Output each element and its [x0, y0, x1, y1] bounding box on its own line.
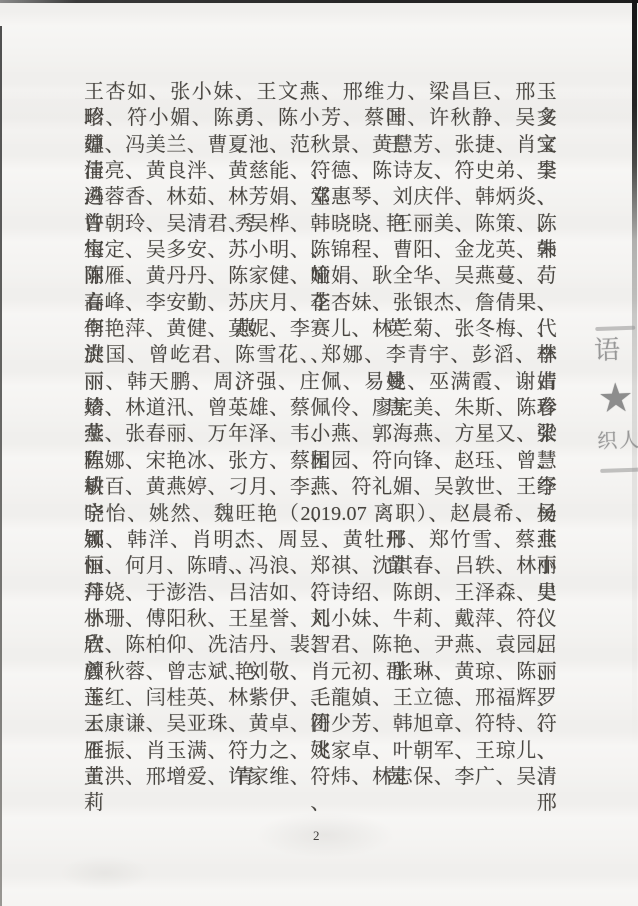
stamp-border-top: [595, 326, 635, 331]
name-list-line: 王杏如、张小妹、王文燕、邢维力、梁昌巨、邢玉昭、叶文: [84, 79, 557, 105]
name-list-line: 珍、林道汛、曾英雄、蔡佩伶、廖完美、朱斯、陈春燕、张: [84, 395, 557, 421]
stamp-fragment: 语 ★ 织人: [593, 325, 638, 487]
scanned-document-page: 王杏如、张小妹、王文燕、邢维力、梁昌巨、邢玉昭、叶文珍、符小媚、陈勇、陈小芳、蔡…: [0, 0, 638, 906]
name-list-line: 丹娆、于澎浩、吕洁如、符诗绍、陈朗、王泽森、吴小凡、: [84, 580, 557, 606]
name-list-line: 耕百、黄燕婷、刁月、李燕、符礼媚、吴敦世、王纾宁、吴: [84, 474, 557, 500]
stamp-border-bottom: [600, 468, 638, 473]
stamp-text-bottom: 织人: [597, 429, 638, 453]
name-list-line: 莹、张春丽、万年泽、韦小燕、郭海燕、方星又、梁程相、: [84, 421, 557, 447]
photocopy-smudge: [255, 812, 395, 858]
name-list-line: 李艳萍、黄健、莫妮、李赛儿、林兰菊、张冬梅、代旋、李: [84, 316, 557, 342]
name-list-line: 珍、符小媚、陈勇、陈小芳、蔡国、许秋静、吴多蕴、王文: [84, 105, 557, 131]
name-list-line: 娜、韩洋、肖明杰、周昱、黄牡丹、郑竹雪、蔡亚丽、黄小: [84, 527, 557, 553]
name-list-line: 陈雁、黄丹丹、陈家健、喻娟、耿全华、吴燕蔓、苟春花、: [84, 263, 557, 289]
name-list-line: 冯蓉香、林茹、林芳娟、邓惠琴、刘庆伴、韩炳炎、许秀艳、: [84, 184, 557, 210]
name-list-line: 王洪、邢增爱、许家维、符炜、林志保、李广、吴清莉、邢: [84, 764, 557, 790]
name-list-line: 丽、韩天鹏、周济强、庄佩、易曼、巫满霞、谢婧婧、唐珍: [84, 369, 557, 395]
name-list-line: 陈娜、宋艳冰、张方、蔡园园、符向锋、赵珏、曾慧敏、李: [84, 448, 557, 474]
name-list-line: 王康谦、吴亚珠、黄卓、符少芳、韩旭章、符特、符雁飞、: [84, 711, 557, 737]
name-list-line: 岩、陈柏仰、冼洁丹、裴智君、陈艳、尹燕、袁园、曾艳群、: [84, 632, 557, 658]
scan-edge-top: [0, 0, 638, 3]
name-list-line: 曾朝玲、吴清君、吴桦、韩晓晓、王丽美、陈策、陈梅、韩: [84, 211, 557, 237]
name-list-line: 婵、冯美兰、曹夏池、范秋景、黄慧芳、张捷、肖宝佳、吴: [84, 132, 557, 158]
scan-edge-left: [0, 26, 2, 906]
name-list-line: 林珊、傅阳秋、王星誉、刘小妹、牛莉、戴萍、符仪欣、屈: [84, 606, 557, 632]
name-list-line: 王振、肖玉满、符力之、姚家卓、叶朝军、王琼儿、黄青茜、: [84, 738, 557, 764]
name-list-line: 清亮、黄良泮、黄慈能、符德、陈诗友、符史弟、李遴堂、: [84, 158, 557, 184]
photocopy-smudge: [60, 855, 150, 891]
name-list-line: 晓怡、姚然、魏旺艳（2019.07 离职）、赵晨希、杨颖、邢燕: [84, 501, 557, 527]
name-list-line: 玉红、闫桂英、林紫伊、毛龍媜、王立德、邢福辉、云团、: [84, 685, 557, 711]
name-list-line: 颜秋蓉、曾志斌、刘敬、肖元初、张琳、黄琼、陈丽莲、罗: [84, 659, 557, 685]
name-list-line: 高峰、李安勤、苏庆月、李杏妹、张银杰、詹倩果、何燕英、: [84, 290, 557, 316]
name-list-line: 恒、何月、陈晴、冯浪、郑祺、沈淇春、吕轶、林丽萍、史: [84, 553, 557, 579]
name-list: 王杏如、张小妹、王文燕、邢维力、梁昌巨、邢玉昭、叶文珍、符小媚、陈勇、陈小芳、蔡…: [84, 79, 557, 790]
name-list-line: 宝定、吴多安、苏小明、陈锦程、曹阳、金龙英、朱丽娅、: [84, 237, 557, 263]
stamp-text-top: 语: [594, 336, 629, 366]
page-number: 2: [313, 828, 320, 844]
name-list-line: 洪国、曾屹君、陈雪花、郑娜、李青宇、彭滔、林丽、姚占: [84, 342, 557, 368]
star-icon: ★: [597, 378, 634, 419]
